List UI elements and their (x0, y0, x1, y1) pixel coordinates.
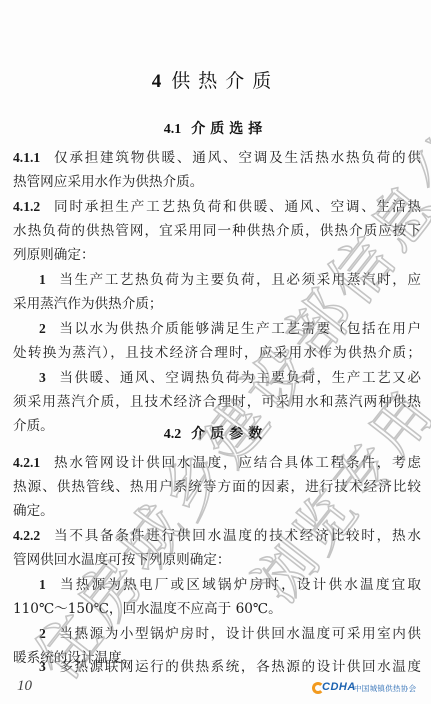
section-title-4-2: 4.2介质参数 (0, 423, 431, 443)
item-4-2-2-1-line-2: 110℃～150℃，回水温度不应高于 60℃。 (13, 599, 421, 619)
chapter-number: 4 (152, 71, 162, 92)
clause-4-2-2-line-2: 管网供回水温度可按下列原则确定： (13, 550, 421, 570)
item-4-1-2-1-line-2: 采用蒸汽作为供热介质； (13, 294, 421, 314)
item-4-1-2-1-line-1: 1当生产工艺热负荷为主要负荷，且必须采用蒸汽时，应 (39, 270, 421, 290)
item-4-2-2-2-line-1: 2当热源为小型锅炉房时，设计供回水温度可采用室内供 (39, 624, 421, 644)
item-text: 当供暖、通风、空调热负荷为主要负荷，生产工艺又必 (58, 370, 421, 386)
clause-4-1-1-line-2: 热管网应采用水作为供热介质。 (13, 172, 421, 192)
item-text: 多热源联网运行的供热系统，各热源的设计供回水温度 (58, 659, 421, 675)
item-number: 3 (39, 370, 46, 385)
clause-4-2-2-line-1: 4.2.2当不具备条件进行供回水温度的技术经济比较时，热水 (13, 526, 421, 546)
item-4-1-2-3-line-2: 须采用蒸汽介质，且技术经济合理时，可采用水和蒸汽两种供热 (13, 392, 421, 412)
section-title-text: 介质选择 (191, 121, 267, 137)
clause-4-1-2-line-1: 4.1.2同时承担生产工艺热负荷和供暖、通风、空调、生活热 (13, 197, 421, 217)
item-4-2-2-3-line-1: 3多热源联网运行的供热系统，各热源的设计供回水温度 (39, 657, 421, 677)
item-4-1-2-2-line-1: 2当以水为供热介质能够满足生产工艺需要（包括在用户 (39, 319, 421, 339)
item-number: 2 (39, 626, 46, 641)
item-number: 1 (39, 272, 46, 287)
section-number: 4.2 (164, 427, 182, 442)
clause-number: 4.1.2 (13, 199, 40, 214)
section-number: 4.1 (164, 122, 182, 137)
clause-number: 4.2.1 (13, 455, 40, 470)
document-page: 4供热介质 4.1介质选择 4.1.1仅承担建筑物供暖、通风、空调及生活热水热负… (0, 0, 431, 704)
item-4-1-2-3-line-1: 3当供暖、通风、空调热负荷为主要负荷，生产工艺又必 (39, 368, 421, 388)
page-number: 10 (17, 678, 32, 695)
clause-4-1-2-line-2: 水热负荷的供热管网，宜采用同一种供热介质，供热介质应按下 (13, 221, 421, 241)
item-number: 3 (39, 659, 46, 674)
item-number: 1 (39, 577, 46, 592)
item-text: 当以水为供热介质能够满足生产工艺需要（包括在用户 (58, 321, 421, 337)
clause-4-2-1-line-2: 热源、供热管线、热用户系统等方面的因素，进行技术经济比较 (13, 477, 421, 497)
section-title-text: 介质参数 (191, 426, 267, 442)
clause-number: 4.2.2 (13, 528, 40, 543)
publisher-logo: CDHA 中国城镇供热协会 (312, 679, 427, 697)
logo-organization-name: 中国城镇供热协会 (354, 683, 416, 694)
cdha-logo-icon: CDHA (312, 680, 350, 696)
clause-4-1-1-line-1: 4.1.1仅承担建筑物供暖、通风、空调及生活热水热负荷的供 (13, 148, 421, 168)
clause-4-2-1-line-3: 确定。 (13, 501, 421, 521)
clause-text: 热水管网设计供回水温度，应结合具体工程条件，考虑 (52, 455, 421, 471)
logo-text: CDHA (322, 681, 356, 693)
chapter-title: 4供热介质 (0, 66, 431, 93)
clause-text: 同时承担生产工艺热负荷和供暖、通风、空调、生活热 (52, 199, 421, 215)
section-title-4-1: 4.1介质选择 (0, 118, 431, 138)
clause-text: 当不具备条件进行供回水温度的技术经济比较时，热水 (52, 528, 421, 544)
item-text: 当热源为热电厂或区域锅炉房时，设计供水温度宜取 (58, 577, 421, 593)
chapter-title-text: 供热介质 (171, 70, 279, 92)
item-text: 当生产工艺热负荷为主要负荷，且必须采用蒸汽时，应 (58, 272, 421, 288)
item-text: 当热源为小型锅炉房时，设计供回水温度可采用室内供 (58, 626, 421, 642)
item-4-1-2-2-line-2: 处转换为蒸汽），且技术经济合理时，应采用水作为供热介质； (13, 343, 421, 363)
item-4-2-2-1-line-1: 1当热源为热电厂或区域锅炉房时，设计供水温度宜取 (39, 575, 421, 595)
clause-number: 4.1.1 (13, 150, 40, 165)
item-number: 2 (39, 321, 46, 336)
clause-text: 仅承担建筑物供暖、通风、空调及生活热水热负荷的供 (52, 150, 421, 166)
clause-4-2-1-line-1: 4.2.1热水管网设计供回水温度，应结合具体工程条件，考虑 (13, 453, 421, 473)
clause-4-1-2-line-3: 列原则确定： (13, 245, 421, 265)
